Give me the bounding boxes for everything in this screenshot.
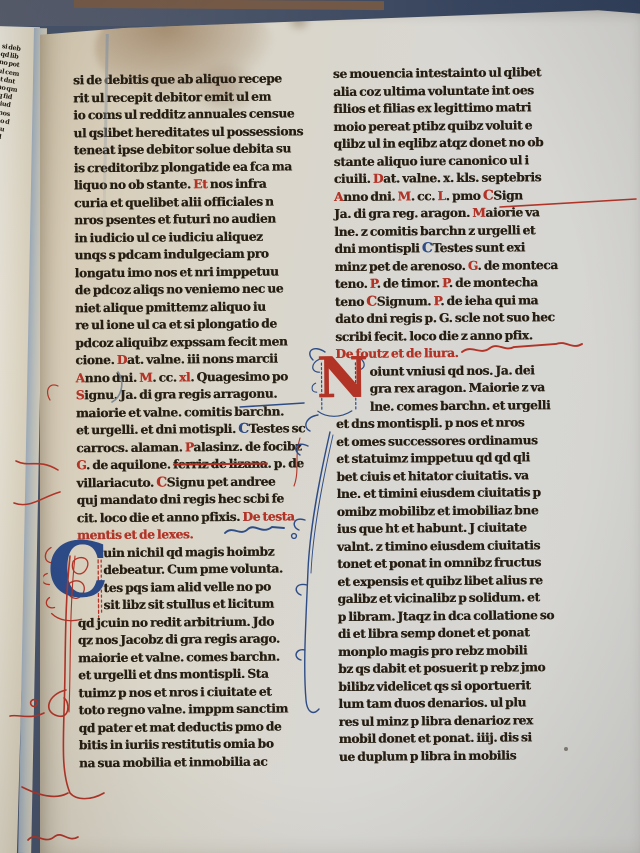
text-line: dato dni regis p. G. scle not suo hec bbox=[335, 309, 597, 329]
page-content: si de debitis que ab aliquo receperit ul… bbox=[36, 3, 640, 853]
body-text: Ja. di gra reg. aragon. bbox=[334, 206, 472, 221]
body-text: aiorie va bbox=[485, 205, 539, 219]
body-text: et expensis et quibz libet alius re bbox=[337, 573, 542, 589]
rubric-text: A bbox=[75, 371, 84, 385]
rubric-text: xl bbox=[179, 370, 190, 384]
text-line: tes pqs iam alid velle no po bbox=[77, 578, 339, 598]
text-line: qz nos Jacobz di gra regis arago. bbox=[78, 630, 340, 650]
body-text: valnt. z timino eiusdem ciuitatis bbox=[337, 538, 540, 554]
text-line: unqs s pdcam indulgeciam pro bbox=[74, 245, 336, 265]
text-line: valnt. z timino eiusdem ciuitatis bbox=[337, 536, 599, 556]
body-text: . cc. bbox=[152, 370, 179, 384]
body-text: mobil donet et ponat. iiij. dis si bbox=[339, 730, 532, 746]
body-text: uin nichil qd magis hoimbz bbox=[103, 544, 274, 559]
rubric-text: C bbox=[156, 474, 167, 490]
text-line: rit ul recepit debitor emit ul em bbox=[73, 88, 335, 108]
text-line: filios et filias ex legittimo matri bbox=[333, 99, 595, 119]
text-line: gra rex aragon. Maiorie z va bbox=[336, 379, 598, 399]
text-line: io coms ul redditz annuales censue bbox=[73, 105, 335, 125]
body-text: alia coz ultima voluntate int oes bbox=[333, 83, 534, 99]
body-text: . p. de bbox=[267, 456, 303, 470]
body-text: qd pater et mat deductis pmo de bbox=[79, 719, 282, 735]
body-text: longatu imo nos et nri imppetuu bbox=[75, 264, 279, 280]
text-line: cione. Dat. valne. iii nons marcii bbox=[75, 350, 337, 370]
body-text: qd jcuin no redit arbitrium. Jdo bbox=[78, 614, 274, 630]
text-line: Anno dni. M. cc. L. pmo CSign bbox=[334, 186, 596, 206]
rubric-text: P bbox=[185, 440, 194, 454]
text-line: ul qslibet hereditates ul possessions bbox=[73, 123, 335, 143]
text-line: et dns montispli. p nos et nros bbox=[336, 414, 598, 434]
body-text: . de ieha qui ma bbox=[440, 293, 538, 308]
text-line: pdcoz aliquibz expssam fecit men bbox=[75, 333, 337, 353]
body-text: liquo no ob stante. bbox=[74, 177, 193, 192]
text-line: bilibz videlicet qs si oportuerit bbox=[338, 676, 600, 696]
text-line: omibz mobilibz et imobiliaz bne bbox=[337, 501, 599, 521]
body-text: maiorie et valne. comitis barchn. bbox=[76, 404, 284, 420]
body-text: gra rex aragon. Maiorie z va bbox=[370, 380, 545, 396]
body-text: maiorie et valne. comes barchn. bbox=[78, 649, 280, 665]
body-text: et statuimz imppetuu qd qd qli bbox=[336, 450, 530, 466]
rubric-text: G bbox=[468, 258, 478, 272]
body-text: rit ul recepit debitor emit ul em bbox=[73, 89, 271, 105]
body-text: re ul ione ul ca et si plongatio de bbox=[75, 317, 277, 333]
body-text: et urgelli et dns montispli. Sta bbox=[78, 667, 268, 683]
body-text: Signu pet andree bbox=[167, 474, 276, 489]
body-text: nno dni. bbox=[343, 189, 398, 203]
rubric-text: C bbox=[483, 187, 494, 203]
body-text: toto regno valne. imppm sanctim bbox=[78, 701, 288, 717]
body-text: lne. comes barchn. et urgelli bbox=[370, 398, 551, 414]
text-line: et statuimz imppetuu qd qd qli bbox=[336, 449, 598, 469]
body-text: minz pet de arenoso. bbox=[335, 258, 468, 273]
text-line: Anno dni. M. cc. xl. Quagesimo po bbox=[75, 368, 337, 388]
body-text: lne. z comitis barchn z urgelli et bbox=[334, 223, 535, 239]
rubric-text: D bbox=[117, 353, 127, 367]
body-text: bilibz videlicet qs si oportuerit bbox=[338, 678, 530, 694]
text-line: qd pater et mat deductis pmo de bbox=[79, 718, 341, 738]
body-text: dni montispli bbox=[334, 241, 422, 256]
rubric-text: D bbox=[373, 172, 383, 186]
rubric-text: A bbox=[334, 189, 343, 203]
initial-letter-n: N bbox=[316, 345, 368, 411]
body-text: niet alique pmittemz aliquo iu bbox=[75, 299, 266, 315]
text-line: res ul minz p libra denarioz rex bbox=[338, 711, 600, 731]
body-text: lum tam duos denarios. ul plu bbox=[338, 695, 526, 711]
body-text: sit libz sit stullus et licitum bbox=[103, 597, 273, 612]
text-line: et urgelli et dns montispli. Sta bbox=[78, 665, 340, 685]
body-text: ul qslibet hereditates ul possessions bbox=[73, 124, 303, 140]
body-text: Testes sunt exi bbox=[432, 240, 525, 255]
blue-text: C bbox=[238, 421, 249, 437]
body-text: . de montecha bbox=[449, 275, 538, 290]
text-line: G. de aquilone. ferriz de lizana. p. de bbox=[76, 455, 338, 475]
body-text: nno dni. bbox=[85, 370, 140, 384]
body-text: villariacuto. bbox=[76, 475, 156, 490]
body-text: omibz mobilibz et imobiliaz bne bbox=[337, 503, 539, 519]
body-text: stante aliquo iure canonico ul i bbox=[334, 153, 529, 169]
text-line: lum tam duos denarios. ul plu bbox=[338, 694, 600, 714]
rubric-text: C bbox=[366, 293, 377, 309]
body-text: . cc. bbox=[411, 189, 438, 203]
text-line: is creditoribz plongatide ea fca ma bbox=[74, 158, 336, 178]
text-line: De foutz et de liura. bbox=[335, 344, 597, 364]
text-line: de pdcoz aliqs no veniemo nec ue bbox=[75, 280, 337, 300]
body-text: ue duplum p libra in mobilis bbox=[339, 748, 516, 764]
text-line: sit libz sit stullus et licitum bbox=[77, 595, 339, 615]
text-line: se mouencia intestainto ul qlibet bbox=[333, 64, 595, 84]
text-line: mobil donet et ponat. iiij. dis si bbox=[339, 729, 601, 749]
body-text: debeatur. Cum pme volunta. bbox=[103, 562, 283, 578]
body-text: Sign bbox=[493, 188, 523, 202]
text-line: Ja. di gra reg. aragon. Maiorie va bbox=[334, 204, 596, 224]
body-text: teno bbox=[335, 294, 366, 308]
text-line: teno CSignum. P. de ieha qui ma bbox=[335, 291, 597, 311]
text-line: mentis et de lexes. bbox=[77, 525, 339, 545]
body-text: tuimz p nos et nros i ciuitate et bbox=[78, 684, 271, 700]
text-line: minz pet de arenoso. G. de monteca bbox=[335, 256, 597, 276]
text-line: et urgelli. et dni motispli. CTestes sc bbox=[76, 420, 338, 440]
text-line: liquo no ob stante. Et nos infra bbox=[74, 175, 336, 195]
body-text: galibz et vicinalibz p solidum. et bbox=[337, 590, 539, 606]
text-line: nros psentes et futuri no audien bbox=[74, 210, 336, 230]
body-text: bz qs dabit et posuerit p rebz jmo bbox=[338, 660, 545, 676]
text-line: villariacuto. CSignu pet andree bbox=[76, 473, 338, 493]
body-text: at. valne. x. kls. septebris bbox=[383, 170, 541, 185]
body-text: carrocs. alaman. bbox=[76, 440, 185, 455]
text-line: lne. comes barchn. et urgelli bbox=[336, 396, 598, 416]
text-line: carrocs. alaman. Palasinz. de focibz bbox=[76, 438, 338, 458]
body-text: cit. loco die et anno pfixis. bbox=[77, 509, 243, 524]
text-line: moio pereat ptibz quibz voluit e bbox=[333, 116, 595, 136]
body-text: p libram. Jtaqz in dca collatione so bbox=[338, 608, 555, 624]
text-line: ius que ht et habunt. J ciuitate bbox=[337, 519, 599, 539]
body-text: tes pqs iam alid velle no po bbox=[103, 579, 271, 594]
body-text: qlibz ul in eqlibz atqz donet no ob bbox=[333, 135, 543, 151]
text-line: na sua mobilia et inmobilia ac bbox=[79, 753, 341, 773]
decorated-initial-n: N bbox=[311, 353, 366, 423]
text-line: bet ciuis et hitator ciuitatis. va bbox=[336, 466, 598, 486]
blue-text: C bbox=[422, 240, 433, 256]
initial-letter-c: C bbox=[47, 525, 108, 615]
text-line: scribi fecit. loco die z anno pfix. bbox=[335, 326, 597, 346]
text-line: ciuili. Dat. valne. x. kls. septebris bbox=[334, 169, 596, 189]
text-line: ue duplum p libra in mobilis bbox=[339, 746, 601, 766]
body-text: quj mandato dni regis hec scbi fe bbox=[77, 491, 284, 507]
body-text: dato dni regis p. G. scle not suo hec bbox=[335, 310, 555, 326]
text-line: longatu imo nos et nri imppetuu bbox=[75, 263, 337, 283]
body-text: teno. bbox=[335, 277, 370, 291]
text-line: galibz et vicinalibz p solidum. et bbox=[337, 589, 599, 609]
rubric-text: De testa bbox=[242, 509, 294, 523]
rubric-text: Et bbox=[193, 177, 207, 191]
text-line: alia coz ultima voluntate int oes bbox=[333, 81, 595, 101]
text-line: tonet et ponat in omnibz fructus bbox=[337, 554, 599, 574]
text-line: teneat ipse debitor solue debita su bbox=[73, 140, 335, 160]
body-text: oiunt vniusi qd nos. Ja. dei bbox=[369, 363, 534, 378]
text-line: cit. loco die et anno pfixis. De testa bbox=[77, 508, 339, 528]
left-text-column: si de debitis que ab aliquo receperit ul… bbox=[73, 70, 341, 772]
manuscript-page: si de debitis que ab aliquo receperit ul… bbox=[40, 6, 640, 853]
body-text: res ul minz p libra denarioz rex bbox=[338, 713, 532, 729]
text-line: di et libra semp donet et ponat bbox=[338, 624, 600, 644]
body-text: di et libra semp donet et ponat bbox=[338, 625, 530, 641]
rubric-text: M bbox=[397, 189, 410, 203]
text-line: stante aliquo iure canonico ul i bbox=[334, 151, 596, 171]
body-text: nos infra bbox=[207, 177, 266, 192]
rubric-text: M bbox=[472, 206, 485, 220]
rubric-text: L bbox=[437, 189, 445, 203]
text-line: toto regno valne. imppm sanctim bbox=[78, 700, 340, 720]
body-text: na sua mobilia et inmobilia ac bbox=[79, 754, 268, 770]
body-text: ius que ht et habunt. J ciuitate bbox=[337, 520, 527, 536]
body-text: ferriz de lizana bbox=[173, 457, 268, 472]
text-line: bitis in iuriis restitutis omia bo bbox=[79, 735, 341, 755]
text-line: tuimz p nos et nros i ciuitate et bbox=[78, 683, 340, 703]
body-text: pdcoz aliquibz expssam fecit men bbox=[75, 334, 287, 350]
rubric-text: M bbox=[139, 370, 152, 384]
body-text: . de aquilone. bbox=[86, 457, 173, 472]
body-text: ciuili. bbox=[334, 172, 373, 186]
body-text: bet ciuis et hitator ciuitatis. va bbox=[336, 468, 528, 484]
body-text: bitis in iuriis restitutis omia bo bbox=[79, 737, 274, 753]
body-text: scribi fecit. loco die z anno pfix. bbox=[335, 328, 533, 344]
body-text: cione. bbox=[75, 353, 116, 367]
body-text: Signum. bbox=[377, 294, 434, 308]
text-line: maiorie et valne. comes barchn. bbox=[78, 648, 340, 668]
text-line: lne. et timini eiusdem ciuitatis p bbox=[336, 484, 598, 504]
body-text: filios et filias ex legittimo matri bbox=[333, 100, 531, 116]
decorated-initial-c: C bbox=[43, 537, 106, 626]
body-text: de pdcoz aliqs no veniemo nec ue bbox=[75, 281, 283, 297]
body-text: moio pereat ptibz quibz voluit e bbox=[333, 118, 532, 134]
text-line: qlibz ul in eqlibz atqz donet no ob bbox=[333, 134, 595, 154]
text-line: qd jcuin no redit arbitrium. Jdo bbox=[78, 613, 340, 633]
text-line: lne. z comitis barchn z urgelli et bbox=[334, 221, 596, 241]
right-text-column: se mouencia intestainto ul qlibetalia co… bbox=[333, 64, 601, 766]
body-text: qz nos Jacobz di gra regis arago. bbox=[78, 632, 280, 648]
text-line: Signu. Ja. di gra regis arragonu. bbox=[76, 385, 338, 405]
body-text: et urgelli. et dni motispli. bbox=[76, 422, 238, 437]
body-text: tonet et ponat in omnibz fructus bbox=[337, 555, 541, 571]
body-text: se mouencia intestainto ul qlibet bbox=[333, 65, 541, 81]
body-text: Testes sc bbox=[249, 421, 306, 435]
body-text: alasinz. de focibz bbox=[193, 439, 301, 454]
text-line: quj mandato dni regis hec scbi fe bbox=[77, 490, 339, 510]
body-text: . pmo bbox=[446, 188, 483, 202]
text-line: niet alique pmittemz aliquo iu bbox=[75, 298, 337, 318]
body-text: . de timor. bbox=[377, 276, 443, 291]
text-line: si de debitis que ab aliquo recepe bbox=[73, 70, 335, 90]
body-text: . de monteca bbox=[477, 258, 558, 273]
text-line: teno. P. de timor. P. de montecha bbox=[335, 274, 597, 294]
text-line: monplo magis pro rebz mobili bbox=[338, 641, 600, 661]
text-line: p libram. Jtaqz in dca collatione so bbox=[338, 606, 600, 626]
text-line: uin nichil qd magis hoimbz bbox=[77, 543, 339, 563]
body-text: at. valne. iii nons marcii bbox=[127, 352, 278, 367]
text-line: bz qs dabit et posuerit p rebz jmo bbox=[338, 659, 600, 679]
body-text: . Quagesimo po bbox=[190, 369, 288, 384]
text-line: oiunt vniusi qd nos. Ja. dei bbox=[335, 361, 597, 381]
body-text: ignu. Ja. di gra regis arragonu. bbox=[84, 387, 277, 403]
text-line: et omes successores ordinamus bbox=[336, 431, 598, 451]
body-text: unqs s pdcam indulgeciam pro bbox=[74, 247, 268, 263]
text-line: in iudicio ul ce iudiciu aliquez bbox=[74, 228, 336, 248]
text-line: et expensis et quibz libet alius re bbox=[337, 571, 599, 591]
manuscript-photo: si debqd libno potul cemet dntmo qmnq fi… bbox=[0, 0, 640, 853]
body-text: et omes successores ordinamus bbox=[336, 433, 538, 449]
body-text: lne. et timini eiusdem ciuitatis p bbox=[337, 485, 541, 501]
body-text: monplo magis pro rebz mobili bbox=[338, 643, 527, 659]
rubric-text: G bbox=[76, 458, 86, 472]
text-line: debeatur. Cum pme volunta. bbox=[77, 560, 339, 580]
text-line: re ul ione ul ca et si plongatio de bbox=[75, 315, 337, 335]
text-line: curia et quelibet alii officiales n bbox=[74, 193, 336, 213]
text-line: maiorie et valne. comitis barchn. bbox=[76, 403, 338, 423]
text-line: dni montispli CTestes sunt exi bbox=[334, 239, 596, 259]
